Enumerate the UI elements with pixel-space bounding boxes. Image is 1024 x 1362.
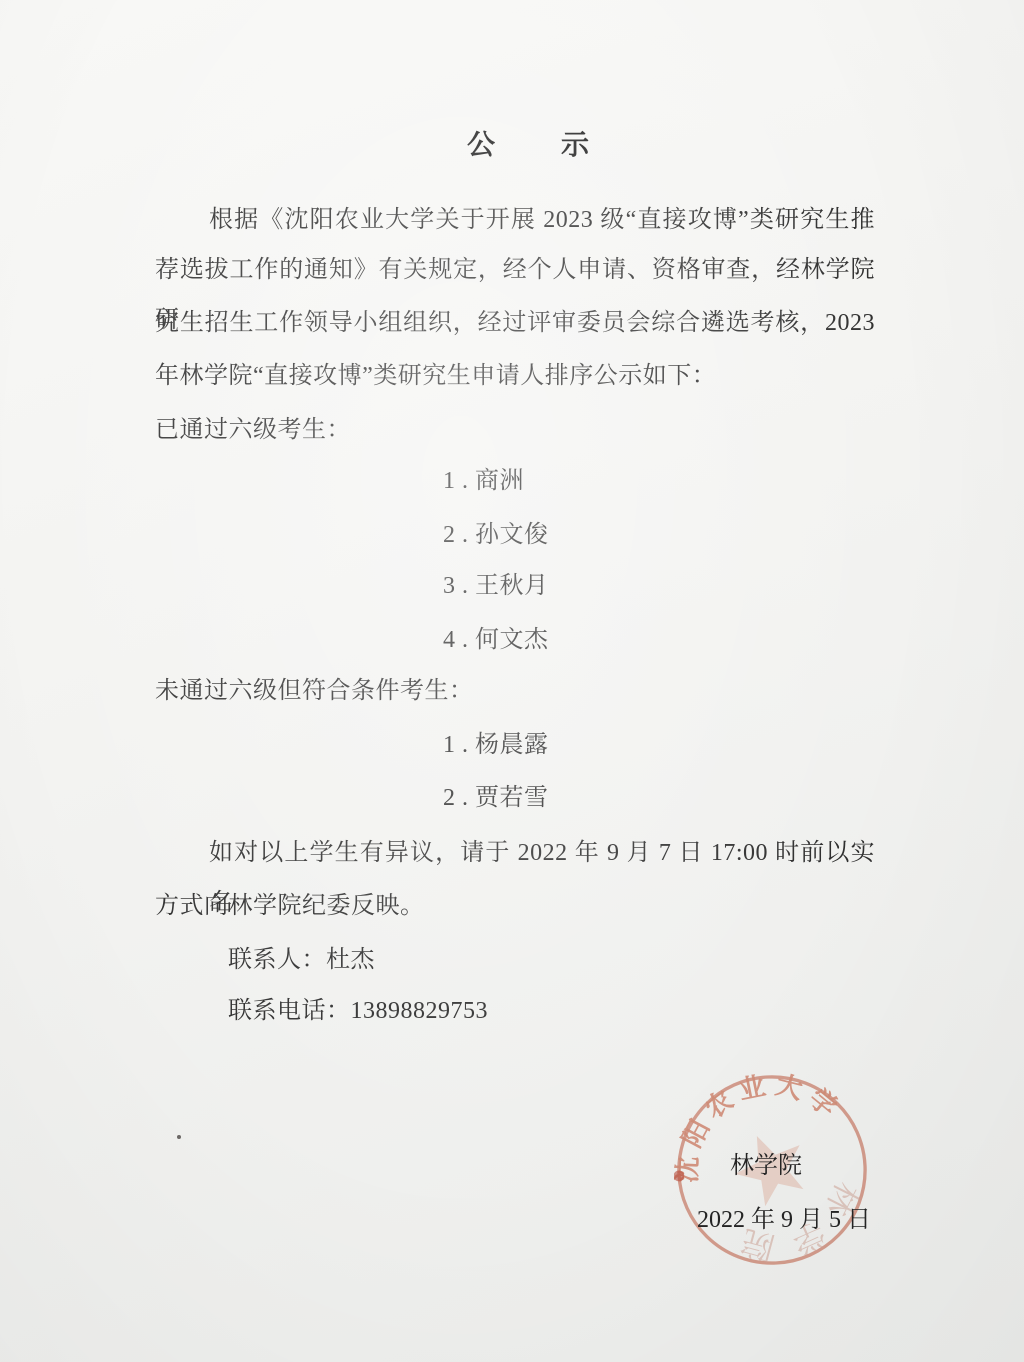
passed-item-2: 2 . 孙文俊 [443,510,549,560]
seal-ink-blotch [674,1170,684,1181]
contact-phone: 联系电话：13898829753 [228,986,488,1036]
appeal-line-1: 如对以上学生有异议，请于 2022 年 9 月 7 日 17:00 时前以实名 [155,828,875,878]
intro-line-3: 究生招生工作领导小组组织，经过评审委员会综合遴选考核，2023 [155,298,875,348]
signature-date: 2022 年 9 月 5 日 [697,1200,871,1240]
qualified-item-2: 2 . 贾若雪 [443,773,549,823]
contact-person: 联系人：杜杰 [228,935,375,985]
announcement-document: 公 示 根据《沈阳农业大学关于开展 2023 级“直接攻博”类研究生推 荐选拔工… [0,0,1024,1362]
title-char-1: 公 [467,124,495,168]
title-char-2: 示 [561,124,589,168]
qualified-item-1: 1 . 杨晨露 [443,720,549,770]
appeal-line-2: 方式向林学院纪委反映。 [155,881,425,931]
signature-org: 林学院 [730,1146,802,1186]
intro-line-4: 年林学院“直接攻博”类研究生申请人排序公示如下： [155,351,716,401]
paper-speck [177,1135,181,1139]
document-title: 公 示 [168,124,888,168]
section2-heading: 未通过六级但符合条件考生： [155,666,474,716]
intro-line-1: 根据《沈阳农业大学关于开展 2023 级“直接攻博”类研究生推 [155,195,875,245]
passed-item-1: 1 . 商洲 [443,456,524,506]
passed-item-4: 4 . 何文杰 [443,615,549,665]
passed-item-3: 3 . 王秋月 [443,561,549,611]
section1-heading: 已通过六级考生： [155,405,351,455]
intro-line-2: 荐选拔工作的通知》有关规定，经个人申请、资格审查，经林学院研 [155,245,875,295]
